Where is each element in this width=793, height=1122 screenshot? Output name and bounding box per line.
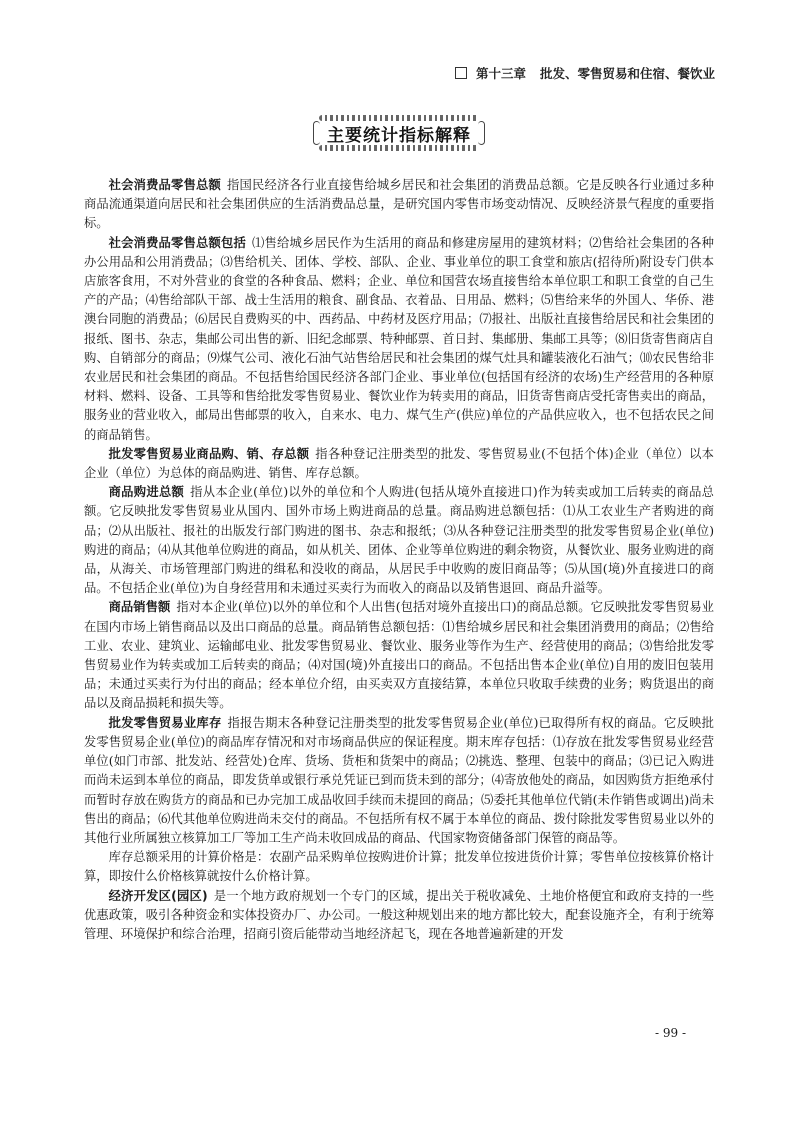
definition-term: 社会消费品零售总额 <box>109 178 221 192</box>
plain-paragraph: 库存总额采用的计算价格是：农副产品采购单位按购进价计算；批发单位按进货价计算；零… <box>84 848 714 886</box>
definition-paragraph: 批发零售贸易业商品购、销、存总额指各种登记注册类型的批发、零售贸易业(不包括个体… <box>84 445 714 483</box>
definition-term: 社会消费品零售总额包括 <box>109 236 246 250</box>
definition-term: 商品销售额 <box>109 600 171 614</box>
definition-text: 指对本企业(单位)以外的单位和个人出售(包括对境外直接出口)的商品总额。它反映批… <box>84 600 714 710</box>
definition-term: 批发零售贸易业商品购、销、存总额 <box>109 447 310 461</box>
ornament-border-right <box>478 121 485 145</box>
definition-text: 指报告期末各种登记注册类型的批发零售贸易企业(单位)已取得所有权的商品。它反映批… <box>84 716 714 845</box>
ornament-border-top <box>319 115 479 121</box>
definition-paragraph: 经济开发区(园区)是一个地方政府规划一个专门的区域，提出关于税收减免、土地价格便… <box>84 887 714 945</box>
running-header: 第十三章 批发、零售贸易和住宿、餐饮业 <box>455 63 745 83</box>
chapter-title: 批发、零售贸易和住宿、餐饮业 <box>540 64 715 82</box>
definition-paragraph: 社会消费品零售总额指国民经济各行业直接售给城乡居民和社会集团的消费品总额。它是反… <box>84 176 714 234</box>
paragraph-text: 库存总额采用的计算价格是：农副产品采购单位按购进价计算；批发单位按进货价计算；零… <box>84 850 714 883</box>
section-title: 主要统计指标解释 <box>327 121 471 146</box>
page-number: - 99 - <box>655 1026 686 1040</box>
ornament-border-left <box>313 121 320 145</box>
definition-term: 商品购进总额 <box>109 485 185 499</box>
ornament-border-bottom <box>319 145 479 151</box>
definition-term: 批发零售贸易业库存 <box>109 716 222 730</box>
definition-paragraph: 商品购进总额指从本企业(单位)以外的单位和个人购进(包括从境外直接进口)作为转卖… <box>84 483 714 598</box>
chapter-number: 第十三章 <box>476 64 526 82</box>
definition-paragraph: 批发零售贸易业库存指报告期末各种登记注册类型的批发零售贸易企业(单位)已取得所有… <box>84 714 714 848</box>
definition-paragraph: 社会消费品零售总额包括⑴售给城乡居民作为生活用的商品和修建房屋用的建筑材料；⑵售… <box>84 234 714 445</box>
body-text: 社会消费品零售总额指国民经济各行业直接售给城乡居民和社会集团的消费品总额。它是反… <box>84 176 714 944</box>
definition-text: 指从本企业(单位)以外的单位和个人购进(包括从境外直接进口)作为转卖或加工后转卖… <box>84 485 714 595</box>
definition-paragraph: 商品销售额指对本企业(单位)以外的单位和个人出售(包括对境外直接出口)的商品总额… <box>84 598 714 713</box>
square-marker-icon <box>455 67 467 79</box>
definition-term: 经济开发区(园区) <box>109 889 208 903</box>
section-banner: 主要统计指标解释 <box>311 113 487 153</box>
definition-text: ⑴售给城乡居民作为生活用的商品和修建房屋用的建筑材料；⑵售给社会集团的各种办公用… <box>84 236 714 442</box>
